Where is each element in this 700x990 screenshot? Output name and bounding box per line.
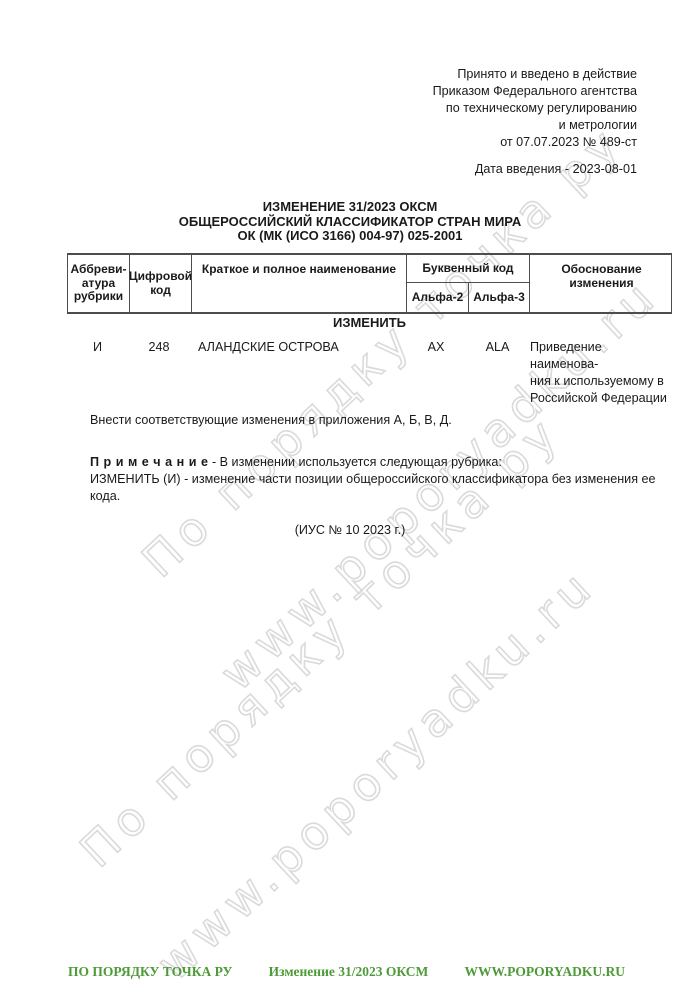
footer-doc-name: Изменение 31/2023 ОКСМ <box>269 964 429 980</box>
appendices-note: Внести соответствующие изменения в прило… <box>90 412 452 429</box>
table-header: Аббреви- атура рубрики Цифровой код Крат… <box>67 253 672 314</box>
page-footer: ПО ПОРЯДКУ ТОЧКА РУ Изменение 31/2023 ОК… <box>0 964 700 980</box>
acceptance-line: Приказом Федерального агентства <box>433 83 637 100</box>
acceptance-line: от 07.07.2023 № 489-ст <box>433 134 637 151</box>
section-label-change: ИЗМЕНИТЬ <box>67 315 672 330</box>
note-paragraph: П р и м е ч а н и е - В изменении исполь… <box>90 454 690 505</box>
footer-site-name: ПО ПОРЯДКУ ТОЧКА РУ <box>68 964 232 980</box>
document-title: ИЗМЕНЕНИЕ 31/2023 ОКСМ ОБЩЕРОССИЙСКИЙ КЛ… <box>0 200 700 244</box>
acceptance-line: по техническому регулированию <box>433 100 637 117</box>
cell-rubric: И <box>67 339 128 407</box>
column-header-alpha3: Альфа-3 <box>468 283 529 312</box>
acceptance-line: Принято и введено в действие <box>433 66 637 83</box>
note-label: П р и м е ч а н и е <box>90 455 208 469</box>
column-header-letter-code: Буквенный код <box>406 255 529 283</box>
column-header-rubric-abbr: Аббреви- атура рубрики <box>68 255 129 312</box>
column-header-alpha2: Альфа-2 <box>406 283 468 312</box>
cell-alpha3: ALA <box>467 339 528 407</box>
document-page: По порядку точка ру www.poporyadku.ru По… <box>0 0 700 990</box>
acceptance-line: и метрологии <box>433 117 637 134</box>
note-intro: - В изменении используется следующая руб… <box>208 455 501 469</box>
column-header-justification: Обоснование изменения <box>529 255 673 312</box>
ius-reference: (ИУС № 10 2023 г.) <box>0 523 700 537</box>
note-text: ИЗМЕНИТЬ (И) - изменение части позиции о… <box>90 471 690 505</box>
introduction-date: Дата введения - 2023-08-01 <box>433 161 637 178</box>
cell-country-name: АЛАНДСКИЕ ОСТРОВА <box>190 339 405 407</box>
acceptance-block: Принято и введено в действие Приказом Фе… <box>433 66 637 178</box>
cell-alpha2: AX <box>405 339 467 407</box>
cell-justification: Приведение наименова- ния к используемом… <box>528 339 672 407</box>
footer-site-url: WWW.POPORYADKU.RU <box>464 964 625 980</box>
cell-digital-code: 248 <box>128 339 190 407</box>
column-header-name: Краткое и полное наименование <box>191 255 406 312</box>
column-header-digital-code: Цифровой код <box>129 255 191 312</box>
table-row: И 248 АЛАНДСКИЕ ОСТРОВА AX ALA Приведени… <box>67 339 672 407</box>
content-layer: Принято и введено в действие Приказом Фе… <box>0 0 700 990</box>
